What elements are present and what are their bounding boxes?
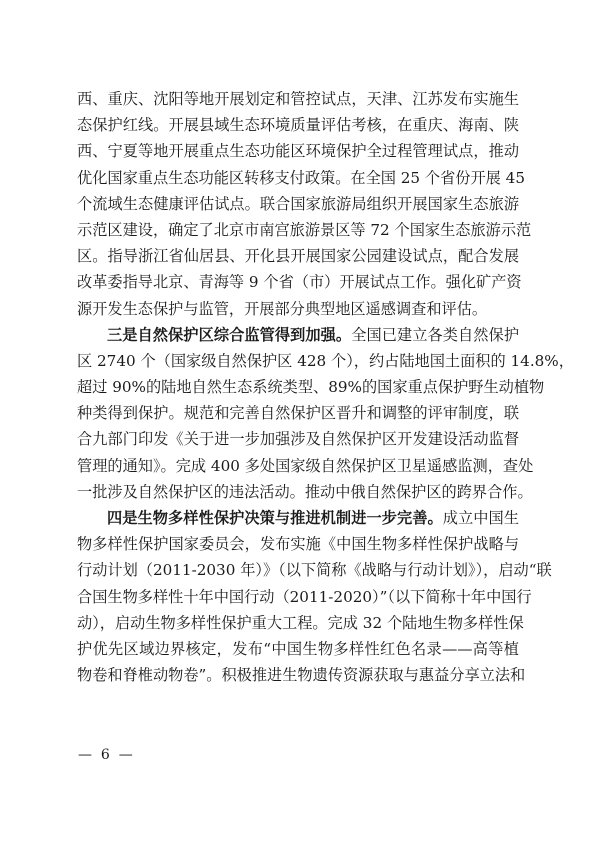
- text-line: 合国生物多样性十年中国行动（2011-2020）”（以下简称十年中国行: [77, 584, 519, 610]
- section-heading: 四是生物多样性保护决策与推进机制进一步完善。: [107, 509, 443, 527]
- section-heading: 三是自然保护区综合监管得到加强。: [107, 326, 351, 344]
- text-line: 态保护红线。开展县域生态环境质量评估考核，在重庆、海南、陕: [77, 112, 519, 138]
- document-page: 西、重庆、沈阳等地开展划定和管控试点，天津、江苏发布实施生 态保护红线。开展县域…: [77, 86, 519, 688]
- text-line: 行动计划（2011-2030 年）》（以下简称《战略与行动计划》），启动“联: [77, 557, 519, 583]
- text-line: 四是生物多样性保护决策与推进机制进一步完善。成立中国生: [77, 505, 519, 531]
- text-line: 一批涉及自然保护区的违法活动。推动中俄自然保护区的跨界合作。: [77, 479, 519, 505]
- text-run: 全国已建立各类自然保护: [351, 326, 519, 344]
- text-line: 优化国家重点生态功能区转移支付政策。在全国 25 个省份开展 45: [77, 165, 519, 191]
- text-line: 改革委指导北京、青海等 9 个省（市）开展试点工作。强化矿产资: [77, 269, 519, 295]
- text-line: 动），启动生物多样性保护重大工程。完成 32 个陆地生物多样性保: [77, 610, 519, 636]
- text-line: 管理的通知》。完成 400 多处国家级自然保护区卫星遥感监测，查处: [77, 453, 519, 479]
- text-line: 三是自然保护区综合监管得到加强。全国已建立各类自然保护: [77, 322, 519, 348]
- text-line: 合九部门印发《关于进一步加强涉及自然保护区开发建设活动监督: [77, 426, 519, 452]
- text-line: 种类得到保护。规范和完善自然保护区晋升和调整的评审制度，联: [77, 400, 519, 426]
- text-line: 源开发生态保护与监管，开展部分典型地区遥感调查和评估。: [77, 296, 519, 322]
- text-line: 示范区建设，确定了北京市南宫旅游景区等 72 个国家生态旅游示范: [77, 217, 519, 243]
- paragraph-section-4: 四是生物多样性保护决策与推进机制进一步完善。成立中国生 物多样性保护国家委员会，…: [77, 505, 519, 688]
- paragraph-section-3: 三是自然保护区综合监管得到加强。全国已建立各类自然保护 区 2740 个（国家级…: [77, 322, 519, 505]
- paragraph-continuation: 西、重庆、沈阳等地开展划定和管控试点，天津、江苏发布实施生 态保护红线。开展县域…: [77, 86, 519, 322]
- text-line: 物多样性保护国家委员会，发布实施《中国生物多样性保护战略与: [77, 531, 519, 557]
- page-number: — 6 —: [78, 745, 133, 765]
- text-line: 西、重庆、沈阳等地开展划定和管控试点，天津、江苏发布实施生: [77, 86, 519, 112]
- text-line: 物卷和脊椎动物卷”。积极推进生物遗传资源获取与惠益分享立法和: [77, 662, 519, 688]
- text-run: 成立中国生: [443, 509, 519, 527]
- text-line: 区 2740 个（国家级自然保护区 428 个），约占陆地国土面积的 14.8%…: [77, 348, 519, 374]
- text-line: 超过 90%的陆地自然生态系统类型、89%的国家重点保护野生动植物: [77, 374, 519, 400]
- text-line: 个流域生态健康评估试点。联合国家旅游局组织开展国家生态旅游: [77, 191, 519, 217]
- text-line: 区。指导浙江省仙居县、开化县开展国家公园建设试点，配合发展: [77, 243, 519, 269]
- text-line: 护优先区域边界核定，发布“中国生物多样性红色名录——高等植: [77, 636, 519, 662]
- text-line: 西、宁夏等地开展重点生态功能区环境保护全过程管理试点，推动: [77, 138, 519, 164]
